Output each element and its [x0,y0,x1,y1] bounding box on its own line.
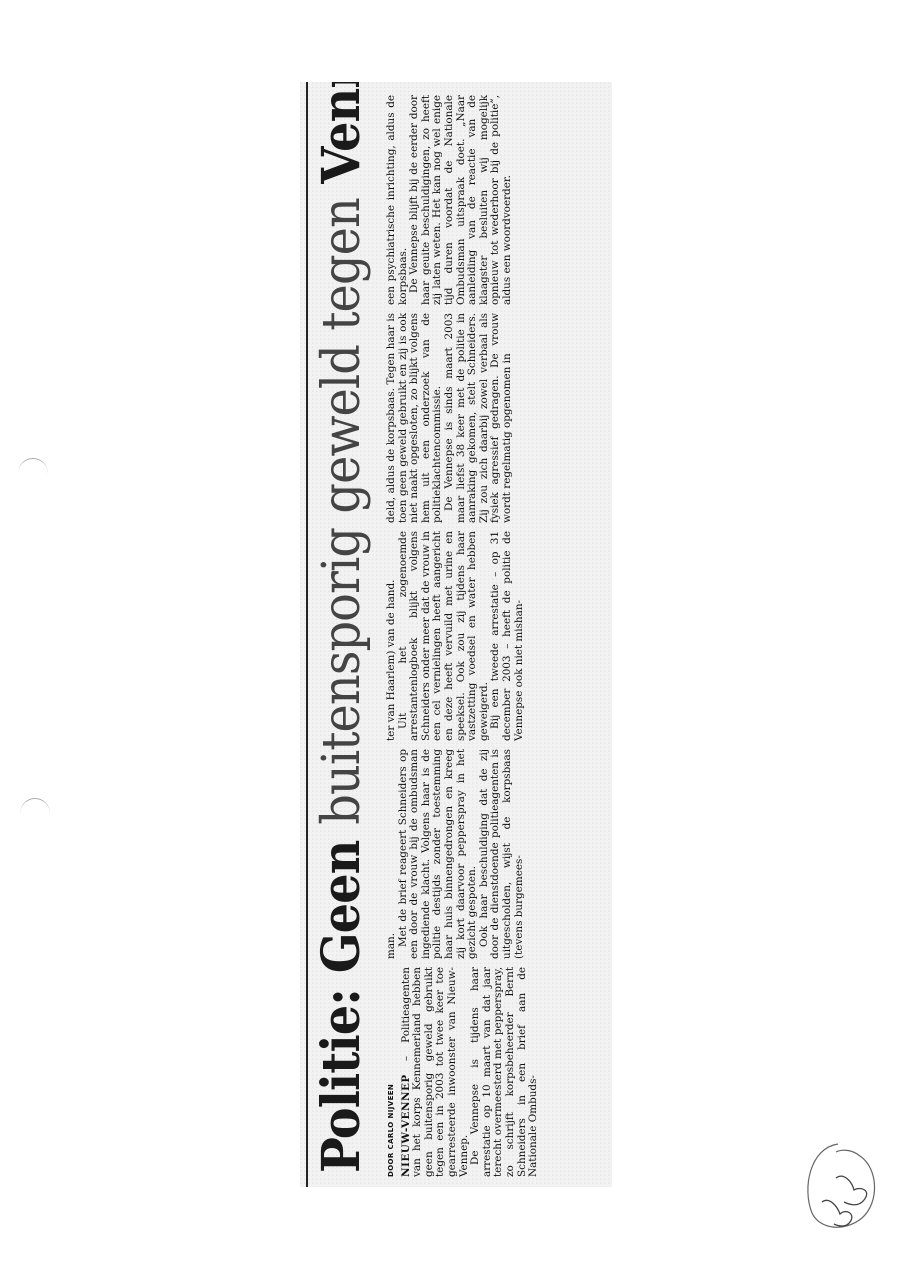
paragraph: Met de brief reageert Schneiders op een … [398,749,479,959]
headline-part3: Vennepse [311,82,372,184]
paragraph: De Vennepse is sinds maart 2003 maar lie… [444,313,514,523]
paragraph: Bij een tweede arrestatie – op 31 decemb… [490,531,525,741]
top-rule [306,82,308,1187]
paragraph: Uit het zogenoemde arrestantenlogboek bl… [398,531,491,741]
paragraph: deld, aldus de korpsbaas. Tegen haar is … [386,313,444,523]
punch-hole-mark [18,458,48,489]
dateline: NIEUW-VENNEP [400,1074,412,1177]
newspaper-clipping: Politie: Geen buitensporig geweld tegen … [300,82,612,1187]
column-1: DOOR CARLO NIJVEEN NIEUW-VENNEP – Politi… [386,967,540,1177]
punch-hole-mark [20,798,50,829]
headline: Politie: Geen buitensporig geweld tegen … [310,82,374,1173]
handwritten-page-number-33 [800,1138,880,1233]
article-columns: DOOR CARLO NIJVEEN NIEUW-VENNEP – Politi… [386,87,606,1177]
paragraph: De Vennepse is tijdens haar arrestatie o… [470,967,540,1177]
column-5: een psychiatrische inrichting, aldus de … [386,95,514,305]
paragraph: man. [386,749,398,959]
paragraph: NIEUW-VENNEP – Politieagenten van het ko… [401,967,471,1177]
article: Politie: Geen buitensporig geweld tegen … [300,82,612,1187]
scanned-page: Politie: Geen buitensporig geweld tegen … [0,0,900,1270]
column-4: deld, aldus de korpsbaas. Tegen haar is … [386,313,514,523]
paragraph: De Vennepse blijft bij de eerder door ha… [409,95,513,305]
paragraph: Ook haar beschuldiging dat de zij door d… [479,749,525,959]
headline-part2: buitensporig geweld tegen [312,184,372,825]
paragraph: ter van Haarlem) van de hand. [386,531,398,741]
column-3: ter van Haarlem) van de hand. Uit het zo… [386,531,525,741]
byline: DOOR CARLO NIJVEEN [386,967,398,1177]
column-2: man. Met de brief reageert Schneiders op… [386,749,525,959]
paragraph: een psychiatrische inrichting, aldus de … [386,95,409,305]
headline-part1: Politie: Geen [311,825,372,1173]
